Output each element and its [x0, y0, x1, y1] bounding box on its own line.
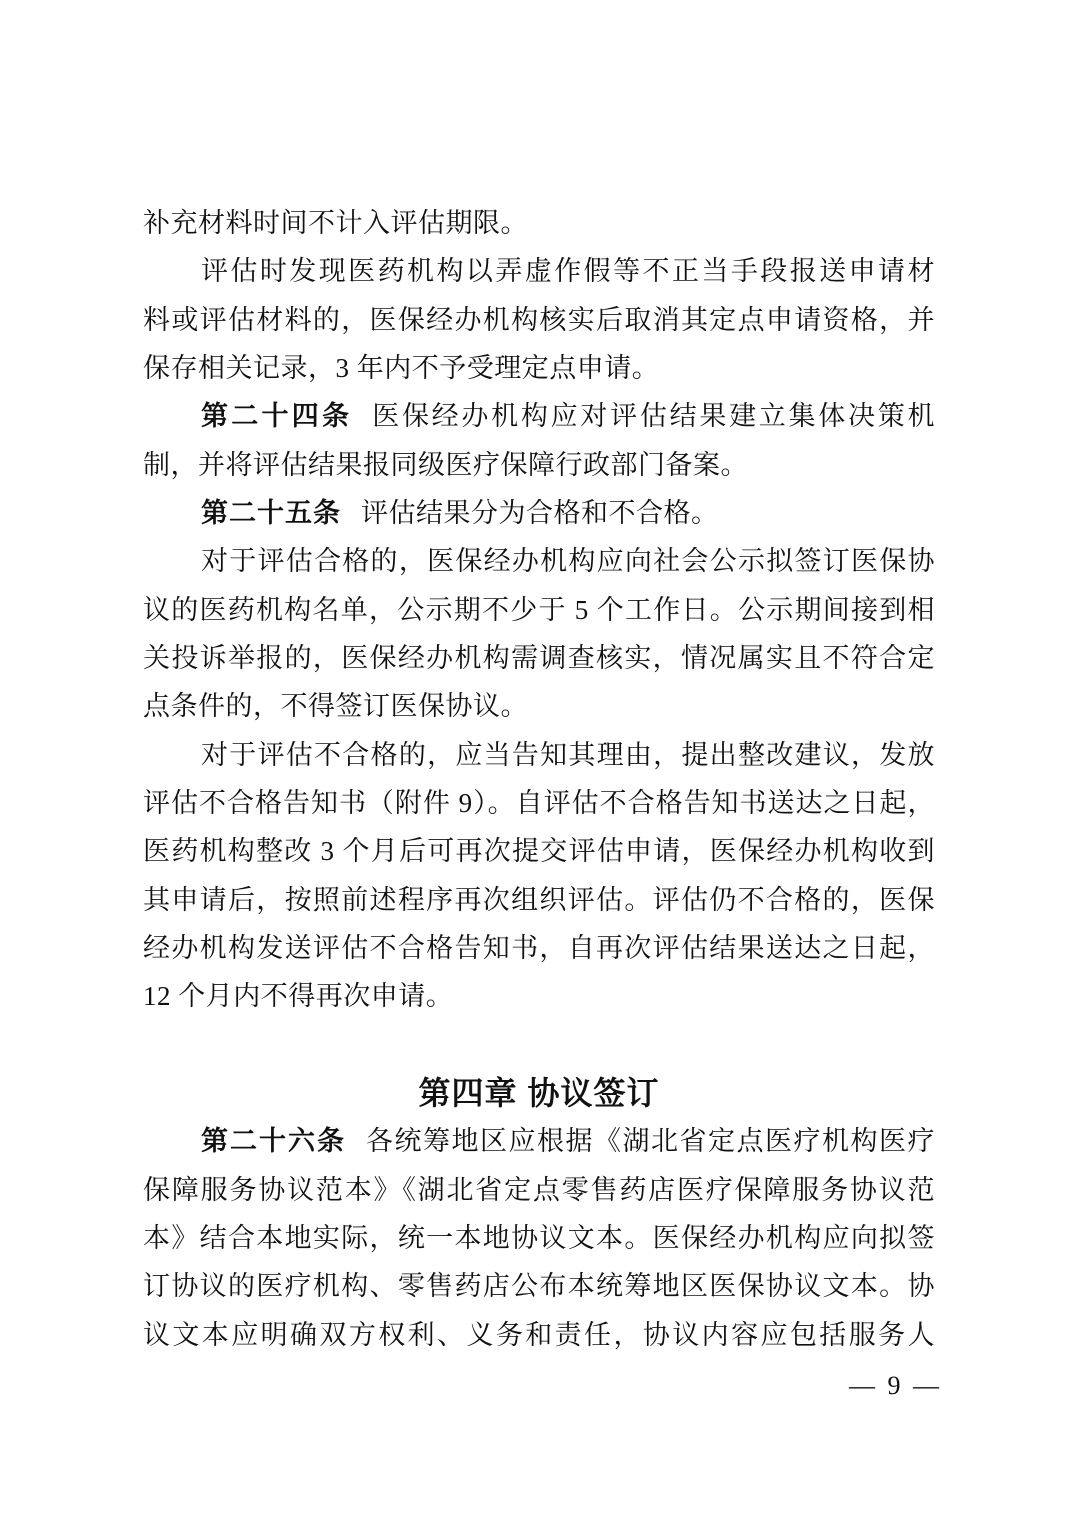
article-number: 第二十六条 — [201, 1126, 346, 1156]
text-line: 订协议的医疗机构、零售药店公布本统筹地区医保协议文本。协 — [143, 1262, 935, 1310]
text-line: 关投诉举报的，医保经办机构需调查核实，情况属实且不符合定 — [143, 634, 935, 682]
text-line: 本》结合本地实际，统一本地协议文本。医保经办机构应向拟签 — [143, 1214, 935, 1262]
text-line: 第二十五条评估结果分为合格和不合格。 — [143, 489, 935, 537]
text-line: 12 个月内不得再次申请。 — [143, 972, 935, 1020]
chapter-heading: 第四章 协议签订 — [143, 1069, 935, 1117]
blank-line — [143, 1021, 935, 1069]
text-line: 经办机构发送评估不合格告知书，自再次评估结果送达之日起， — [143, 924, 935, 972]
text-line: 补充材料时间不计入评估期限。 — [143, 199, 935, 247]
document-body: 补充材料时间不计入评估期限。评估时发现医药机构以弄虚作假等不正当手段报送申请材料… — [143, 199, 935, 1359]
text-line: 点条件的，不得签订医保协议。 — [143, 682, 935, 730]
text-line: 制，并将评估结果报同级医疗保障行政部门备案。 — [143, 441, 935, 489]
article-number: 第二十五条 — [201, 498, 341, 528]
text-line: 医药机构整改 3 个月后可再次提交评估申请，医保经办机构收到 — [143, 827, 935, 875]
text-line: 其申请后，按照前述程序再次组织评估。评估仍不合格的，医保 — [143, 876, 935, 924]
document-page: 补充材料时间不计入评估期限。评估时发现医药机构以弄虚作假等不正当手段报送申请材料… — [0, 0, 1075, 1520]
text-line: 第二十六条各统筹地区应根据《湖北省定点医疗机构医疗 — [143, 1117, 935, 1165]
text-line: 料或评估材料的，医保经办机构核实后取消其定点申请资格，并 — [143, 296, 935, 344]
text-line: 议的医药机构名单，公示期不少于 5 个工作日。公示期间接到相 — [143, 586, 935, 634]
text-line: 议文本应明确双方权利、义务和责任，协议内容应包括服务人群、 — [143, 1311, 935, 1359]
text-line: 对于评估不合格的，应当告知其理由，提出整改建议，发放 — [143, 731, 935, 779]
text-line: 第二十四条医保经办机构应对评估结果建立集体决策机 — [143, 392, 935, 440]
text-line: 评估时发现医药机构以弄虚作假等不正当手段报送申请材 — [143, 247, 935, 295]
text-line: 保障服务协议范本》《湖北省定点零售药店医疗保障服务协议范 — [143, 1166, 935, 1214]
page-number: — 9 — — [849, 1371, 942, 1401]
text-line: 保存相关记录，3 年内不予受理定点申请。 — [143, 344, 935, 392]
text-line: 对于评估合格的，医保经办机构应向社会公示拟签订医保协 — [143, 537, 935, 585]
article-number: 第二十四条 — [201, 401, 352, 431]
text-line: 评估不合格告知书（附件 9）。自评估不合格告知书送达之日起， — [143, 779, 935, 827]
